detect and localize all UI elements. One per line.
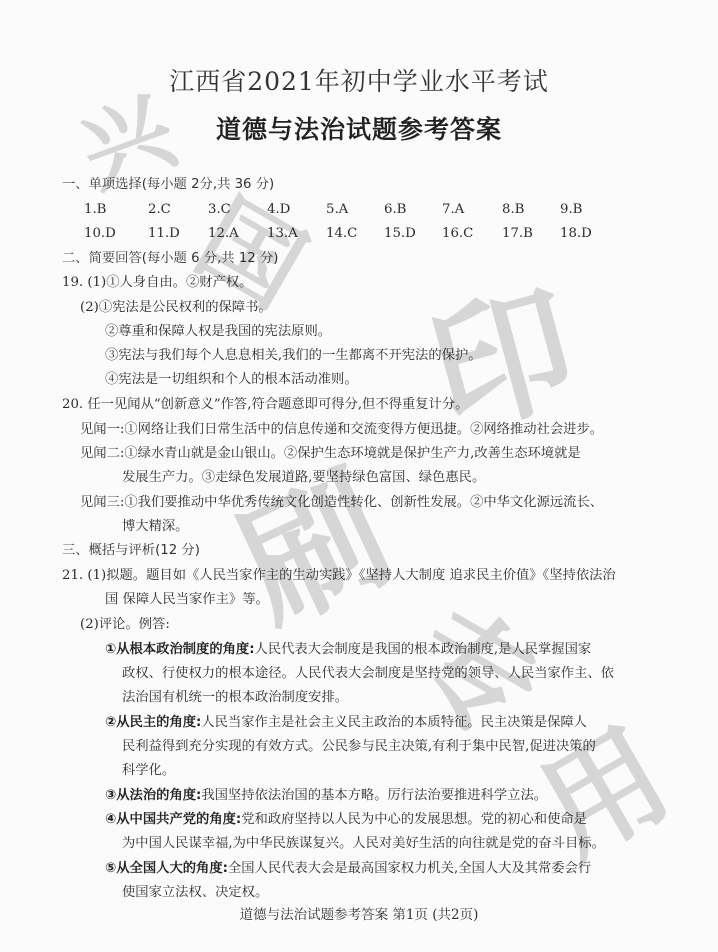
q19-part2: (2)①宪法是公民权利的保障书。: [80, 299, 272, 317]
q21-part1-cont: 国 保障人民当家作主》等。: [105, 591, 269, 609]
q21-angle-5-cont: 使国家立法权、决定权。: [122, 884, 268, 902]
q20-observation-3-cont: 博大精深。: [122, 518, 188, 536]
angle-text: 党和政府坚持以人民为中心的发展思想。党的初心和使命是: [241, 812, 587, 827]
angle-label: ①从根本政治制度的角度:: [105, 642, 255, 657]
q21-angle-1-cont2: 法治国有机统一的根本政治制度安排。: [122, 689, 348, 707]
q21-angle-4-cont: 为中国人民谋幸福,为中华民族谋复兴。人民对美好生活的向往就是党的奋斗目标。: [122, 835, 605, 853]
q19-part2-item2: ②尊重和保障人权是我国的宪法原则。: [105, 323, 331, 341]
answer-item: 14.C: [326, 226, 357, 241]
exam-title: 江西省2021年初中学业水平考试: [0, 62, 718, 98]
answer-item: 18.D: [560, 226, 592, 241]
q19-part1: 19. (1)①人身自由。②财产权。: [62, 274, 252, 292]
answer-item: 7.A: [442, 202, 464, 217]
q20-observation-3: 见闻三:①我们要推动中华优秀传统文化创造性转化、创新性发展。②中华文化源远流长、: [80, 494, 603, 512]
q21-angle-4: ④从中国共产党的角度:党和政府坚持以人民为中心的发展思想。党的初心和使命是: [105, 811, 587, 829]
answer-item: 10.D: [84, 226, 116, 241]
answer-item: 8.B: [502, 202, 524, 217]
page-footer: 道德与法治试题参考答案 第1页 (共2页): [0, 903, 718, 923]
answer-item: 2.C: [148, 202, 171, 217]
angle-text: 人民当家作主是社会主义民主政治的本质特征。民主决策是保障人: [201, 715, 587, 730]
section-heading-choice: 一、单项选择(每小题 2分,共 36 分): [62, 176, 274, 194]
answer-item: 13.A: [267, 226, 298, 241]
q21-part2: (2)评论。例答:: [80, 616, 170, 634]
answer-item: 6.B: [384, 202, 406, 217]
answer-item: 12.A: [208, 226, 239, 241]
q21-angle-1: ①从根本政治制度的角度:人民代表大会制度是我国的根本政治制度,是人民掌握国家: [105, 641, 591, 659]
angle-text: 全国人民代表大会是最高国家权力机关,全国人大及其常委会行: [228, 861, 591, 876]
section-heading-analysis: 三、概括与评析(12 分): [62, 542, 200, 560]
q20-observation-1: 见闻一:①网络让我们日常生活中的信息传递和交流变得方便迅捷。②网络推动社会进步。: [80, 421, 603, 439]
q21-part1: 21. (1)拟题。题目如《人民当家作主的生动实践》《坚持人大制度 追求民主价值…: [62, 567, 616, 585]
q21-angle-1-cont: 政权、行使权力的根本途径。人民代表大会制度是坚持党的领导、人民当家作主、依: [122, 665, 614, 683]
q21-angle-3: ③从法治的角度:我国坚持依法治国的基本方略。厉行法治要推进科学立法。: [105, 787, 547, 805]
answer-item: 17.B: [502, 226, 533, 241]
angle-text: 人民代表大会制度是我国的根本政治制度,是人民掌握国家: [255, 642, 592, 657]
answer-item: 9.B: [560, 202, 582, 217]
answer-item: 1.B: [84, 202, 106, 217]
q21-angle-2: ②从民主的角度:人民当家作主是社会主义民主政治的本质特征。民主决策是保障人: [105, 714, 587, 732]
angle-label: ③从法治的角度:: [105, 788, 201, 803]
angle-text: 我国坚持依法治国的基本方略。厉行法治要推进科学立法。: [201, 788, 547, 803]
answer-item: 15.D: [384, 226, 416, 241]
section-heading-short-answer: 二、简要回答(每小题 6 分,共 12 分): [62, 250, 278, 268]
q20-observation-2: 见闻二:①绿水青山就是金山银山。②保护生态环境就是保护生产力,改善生态环境就是: [80, 445, 581, 463]
q21-angle-2-cont: 民利益得到充分实现的有效方式。公民参与民主决策,有利于集中民智,促进决策的: [122, 738, 596, 756]
angle-label: ⑤从全国人大的角度:: [105, 861, 228, 876]
answer-item: 16.C: [442, 226, 473, 241]
document-page: 江西省2021年初中学业水平考试 道德与法治试题参考答案 一、单项选择(每小题 …: [0, 0, 718, 952]
q21-angle-5: ⑤从全国人大的角度:全国人民代表大会是最高国家权力机关,全国人大及其常委会行: [105, 860, 591, 878]
angle-label: ④从中国共产党的角度:: [105, 812, 241, 827]
answer-key-title: 道德与法治试题参考答案: [0, 110, 718, 146]
answer-item: 5.A: [326, 202, 348, 217]
answer-item: 4.D: [267, 202, 290, 217]
answer-item: 11.D: [148, 226, 180, 241]
q19-part2-item4: ④宪法是一切组织和个人的根本活动准则。: [105, 371, 358, 389]
answer-item: 3.C: [208, 202, 231, 217]
angle-label: ②从民主的角度:: [105, 715, 201, 730]
q19-part2-item3: ③宪法与我们每个人息息相关,我们的一生都离不开宪法的保护。: [105, 347, 482, 365]
q20-intro: 20. 任一见闻从“创新意义”作答,符合题意即可得分,但不得重复计分。: [62, 396, 468, 414]
q21-angle-2-cont2: 科学化。: [122, 762, 175, 780]
q20-observation-2-cont: 发展生产力。③走绿色发展道路,要坚持绿色富国、绿色惠民。: [122, 469, 485, 487]
